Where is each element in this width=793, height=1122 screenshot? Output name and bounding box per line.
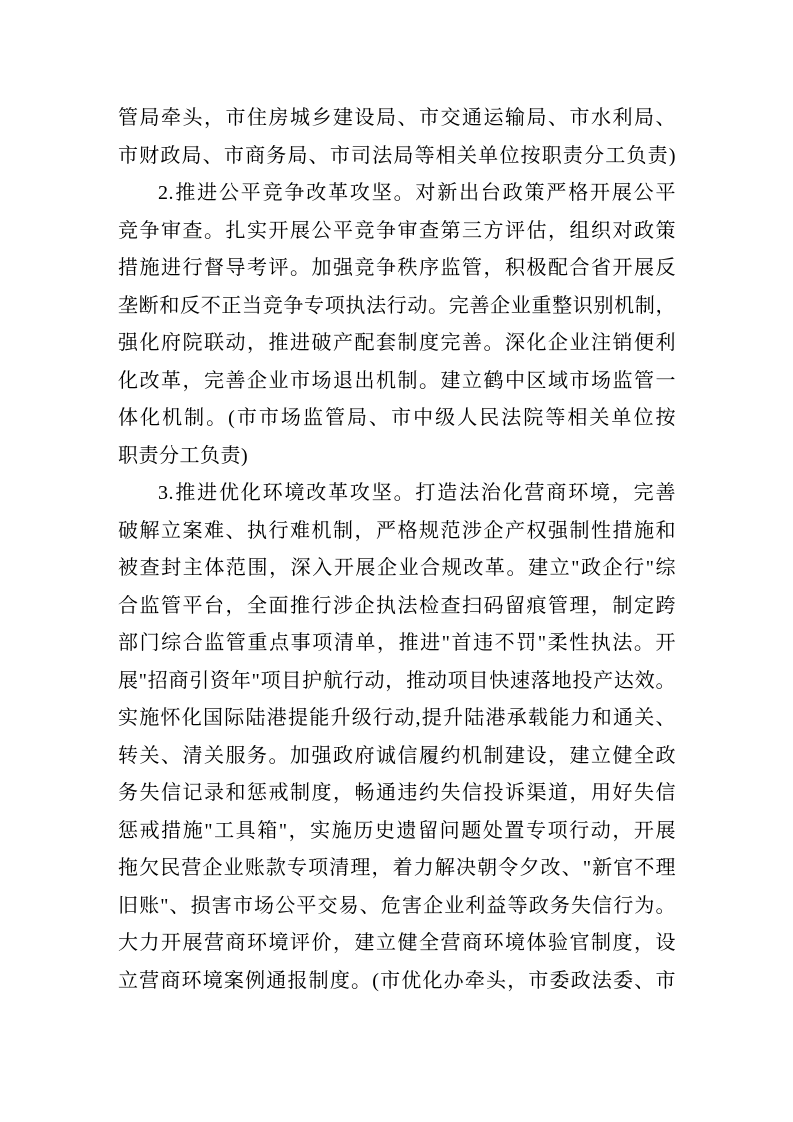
text-line: 职责分工负责) (118, 438, 676, 476)
text-line: 惩戒措施"工具箱"，实施历史遗留问题处置专项行动，开展 (118, 813, 676, 851)
text-line: 被查封主体范围，深入开展企业合规改革。建立"政企行"综 (118, 550, 676, 588)
text-line: 垄断和反不正当竞争专项执法行动。完善企业重整识别机制， (118, 288, 676, 326)
text-line: 部门综合监管重点事项清单，推进"首违不罚"柔性执法。开 (118, 625, 676, 663)
text-line: 2.推进公平竞争改革攻坚。对新出台政策严格开展公平 (118, 175, 676, 213)
text-line: 市财政局、市商务局、市司法局等相关单位按职责分工负责) (118, 138, 676, 176)
text-line: 转关、清关服务。加强政府诚信履约机制建设，建立健全政 (118, 738, 676, 776)
document-text-block: 管局牵头，市住房城乡建设局、市交通运输局、市水利局、市财政局、市商务局、市司法局… (118, 100, 676, 1000)
text-line: 拖欠民营企业账款专项清理，着力解决朝令夕改、"新官不理 (118, 850, 676, 888)
text-line: 3.推进优化环境改革攻坚。打造法治化营商环境，完善 (118, 475, 676, 513)
text-line: 合监管平台，全面推行涉企执法检查扫码留痕管理，制定跨 (118, 588, 676, 626)
text-line: 实施怀化国际陆港提能升级行动,提升陆港承载能力和通关、 (118, 700, 676, 738)
text-line: 务失信记录和惩戒制度，畅通违约失信投诉渠道，用好失信 (118, 775, 676, 813)
text-line: 破解立案难、执行难机制，严格规范涉企产权强制性措施和 (118, 513, 676, 551)
text-line: 化改革，完善企业市场退出机制。建立鹤中区域市场监管一 (118, 363, 676, 401)
text-line: 立营商环境案例通报制度。(市优化办牵头，市委政法委、市 (118, 963, 676, 1001)
text-line: 旧账"、损害市场公平交易、危害企业利益等政务失信行为。 (118, 888, 676, 926)
paragraph-3: 3.推进优化环境改革攻坚。打造法治化营商环境，完善破解立案难、执行难机制，严格规… (118, 475, 676, 1000)
text-line: 措施进行督导考评。加强竞争秩序监管，积极配合省开展反 (118, 250, 676, 288)
text-line: 竞争审查。扎实开展公平竞争审查第三方评估，组织对政策 (118, 213, 676, 251)
document-page: 管局牵头，市住房城乡建设局、市交通运输局、市水利局、市财政局、市商务局、市司法局… (0, 0, 793, 1122)
text-line: 展"招商引资年"项目护航行动，推动项目快速落地投产达效。 (118, 663, 676, 701)
paragraph-2: 2.推进公平竞争改革攻坚。对新出台政策严格开展公平竞争审查。扎实开展公平竞争审查… (118, 175, 676, 475)
paragraph-1: 管局牵头，市住房城乡建设局、市交通运输局、市水利局、市财政局、市商务局、市司法局… (118, 100, 676, 175)
text-line: 体化机制。(市市场监管局、市中级人民法院等相关单位按 (118, 400, 676, 438)
text-line: 强化府院联动，推进破产配套制度完善。深化企业注销便利 (118, 325, 676, 363)
text-line: 管局牵头，市住房城乡建设局、市交通运输局、市水利局、 (118, 100, 676, 138)
text-line: 大力开展营商环境评价，建立健全营商环境体验官制度，设 (118, 925, 676, 963)
